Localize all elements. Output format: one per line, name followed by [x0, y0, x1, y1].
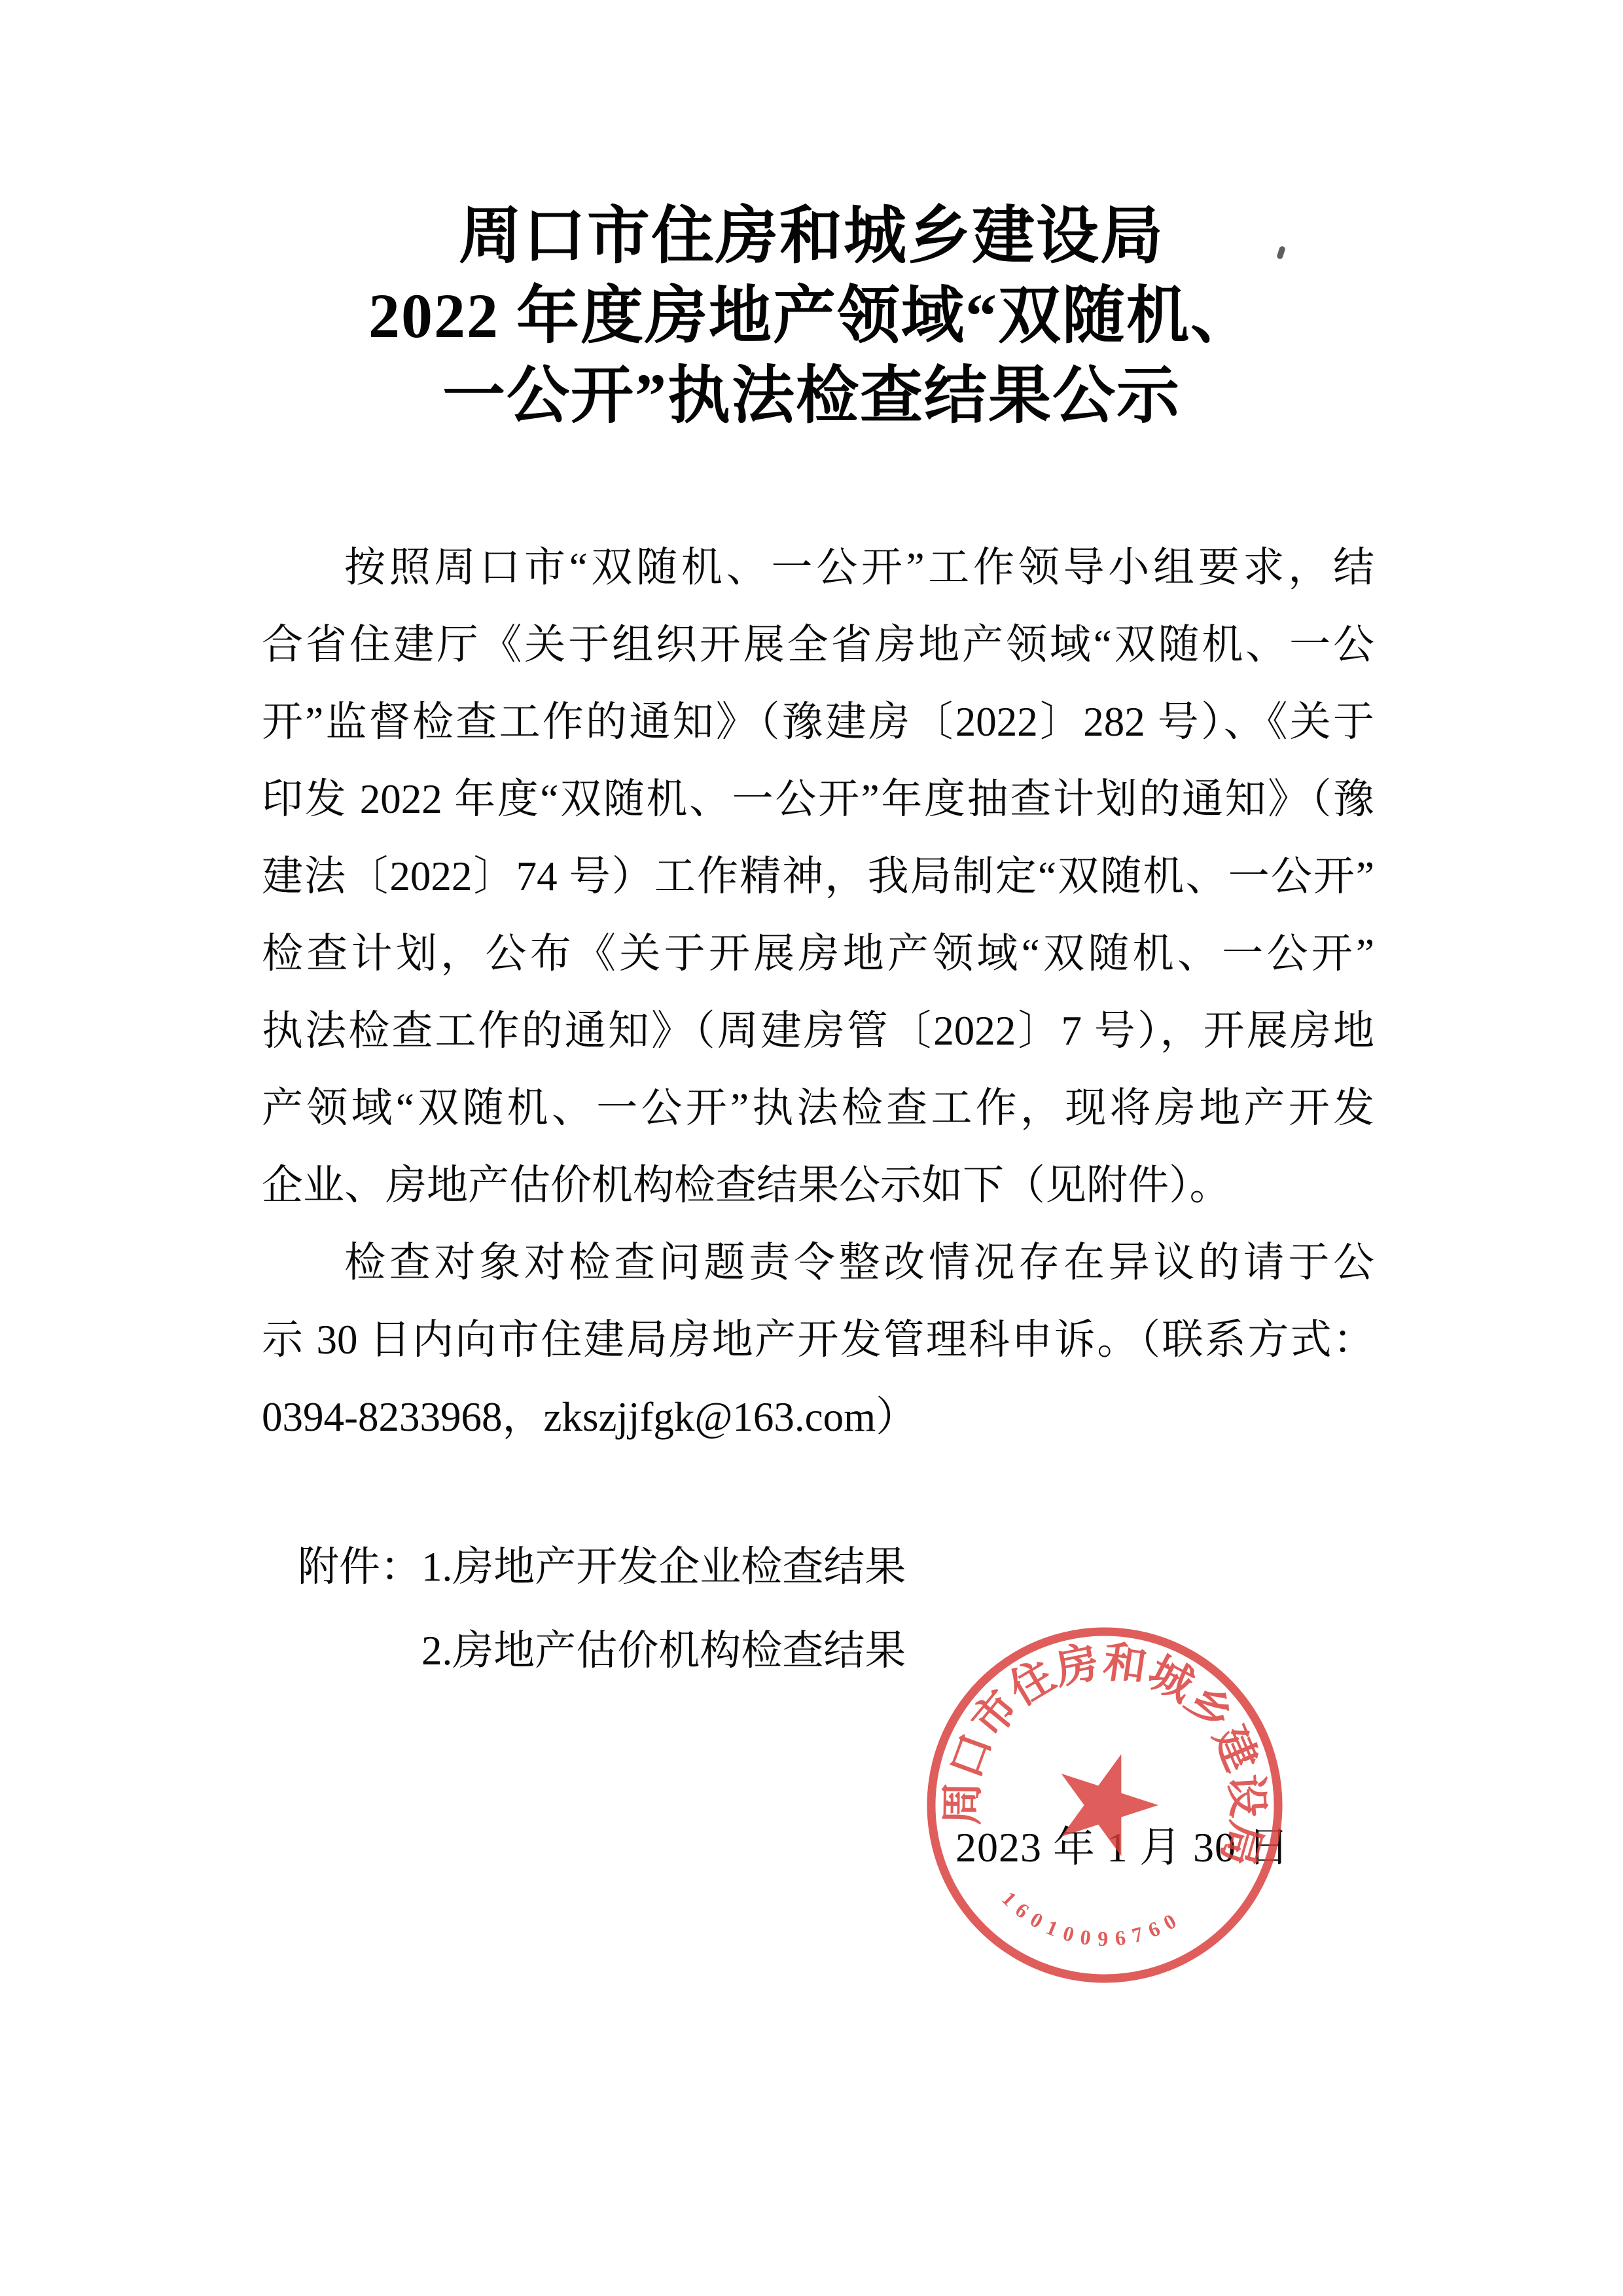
document-page: 周口市住房和城乡建设局 2022 年度房地产领域“双随机、 一公开”执法检查结果…	[0, 0, 1623, 2296]
official-seal: 周口市住房和城乡建设局 16010096760	[918, 1619, 1291, 1992]
contact-info-line: 0394-8233968，zkszjjfgk@163.com）	[262, 1378, 1374, 1456]
title-line-3: 一公开”执法检查结果公示	[157, 356, 1466, 436]
body-line: 合省住建厅《关于组织开展全省房地产领域“双随机、一公	[262, 606, 1374, 683]
document-title: 周口市住房和城乡建设局 2022 年度房地产领域“双随机、 一公开”执法检查结果…	[157, 196, 1466, 436]
document-body: 按照周口市“双随机、一公开”工作领导小组要求，结 合省住建厅《关于组织开展全省房…	[262, 529, 1374, 1456]
body-line: 产领域“双随机、一公开”执法检查工作，现将房地产开发	[262, 1069, 1374, 1147]
body-line: 按照周口市“双随机、一公开”工作领导小组要求，结	[262, 529, 1374, 606]
title-line-1: 周口市住房和城乡建设局	[157, 196, 1466, 276]
body-line: 印发 2022 年度“双随机、一公开”年度抽查计划的通知》（豫	[262, 761, 1374, 838]
seal-group: 周口市住房和城乡建设局 16010096760	[918, 1619, 1291, 1992]
seal-serial-number: 16010096760	[993, 1884, 1185, 1962]
body-line: 企业、房地产估价机构检查结果公示如下（见附件）。	[262, 1147, 1374, 1224]
body-line: 示 30 日内向市住建局房地产开发管理科申诉。（联系方式：	[262, 1301, 1374, 1378]
star-icon	[1043, 1738, 1169, 1862]
body-line: 开”监督检查工作的通知》（豫建房〔2022〕282 号）、《关于	[262, 683, 1374, 761]
attachment-item-1: 附件：1.房地产开发企业检查结果	[298, 1525, 1410, 1609]
body-line: 检查对象对检查问题责令整改情况存在异议的请于公	[262, 1224, 1374, 1301]
body-line: 执法检查工作的通知》（周建房管〔2022〕7 号），开展房地	[262, 992, 1374, 1069]
body-line: 建法〔2022〕74 号）工作精神，我局制定“双随机、一公开”	[262, 838, 1374, 915]
body-line: 检查计划，公布《关于开展房地产领域“双随机、一公开”	[262, 915, 1374, 992]
seal-serial-holder: 16010096760	[993, 1884, 1185, 1962]
title-line-2: 2022 年度房地产领域“双随机、	[157, 276, 1466, 356]
